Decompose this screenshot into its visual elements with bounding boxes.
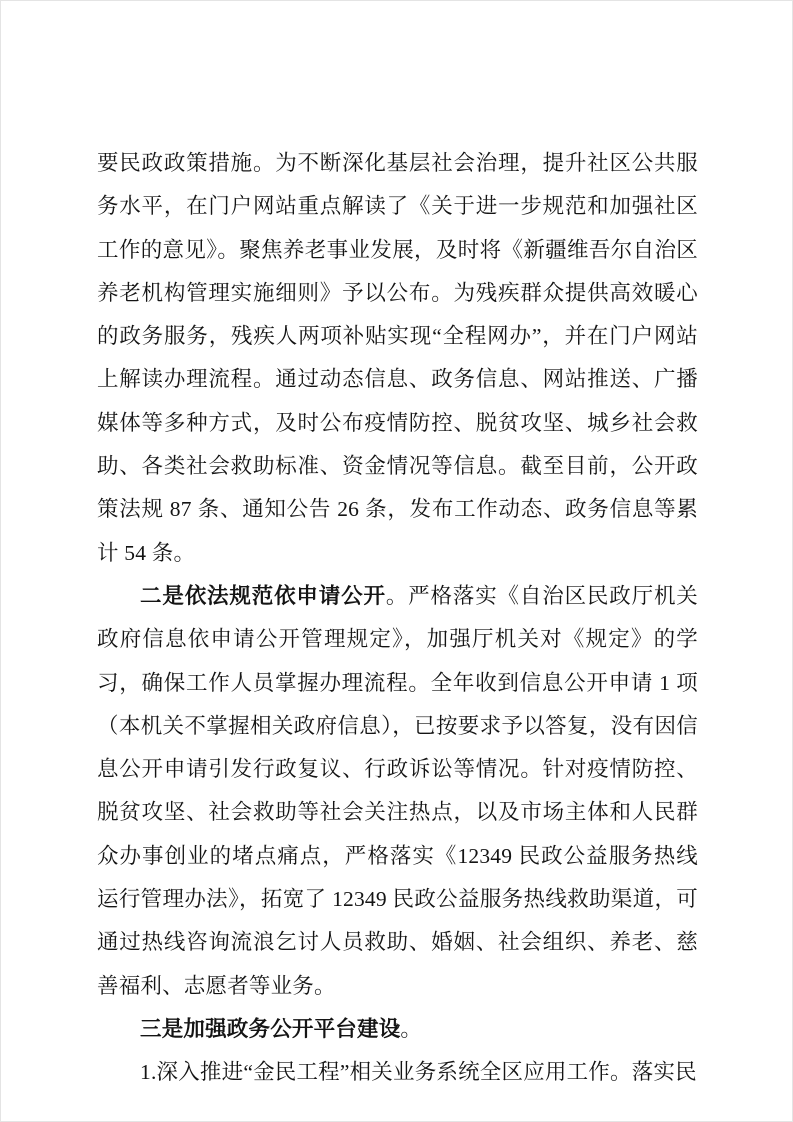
document-body: 要民政政策措施。为不断深化基层社会治理，提升社区公共服务水平，在门户网站重点解读… <box>97 142 698 1095</box>
page-number: 2 <box>393 1021 401 1037</box>
document-page: 要民政政策措施。为不断深化基层社会治理，提升社区公共服务水平，在门户网站重点解读… <box>0 0 793 1122</box>
text-run-bold: 二是依法规范依申请公开 <box>140 584 386 608</box>
text-run: 1.深入推进“金民工程”相关业务系统全区应用工作。落实民 <box>140 1060 697 1084</box>
paragraph-continued: 要民政政策措施。为不断深化基层社会治理，提升社区公共服务水平，在门户网站重点解读… <box>97 142 698 575</box>
paragraph-section-two: 二是依法规范依申请公开。严格落实《自治区民政厅机关政府信息依申请公开管理规定》，… <box>97 575 698 1008</box>
text-run: 要民政政策措施。为不断深化基层社会治理，提升社区公共服务水平，在门户网站重点解读… <box>97 151 698 565</box>
paragraph-item-one: 1.深入推进“金民工程”相关业务系统全区应用工作。落实民 <box>97 1051 698 1094</box>
text-run: 。严格落实《自治区民政厅机关政府信息依申请公开管理规定》，加强厅机关对《规定》的… <box>97 584 698 998</box>
page-footer: 2 <box>1 1020 792 1038</box>
